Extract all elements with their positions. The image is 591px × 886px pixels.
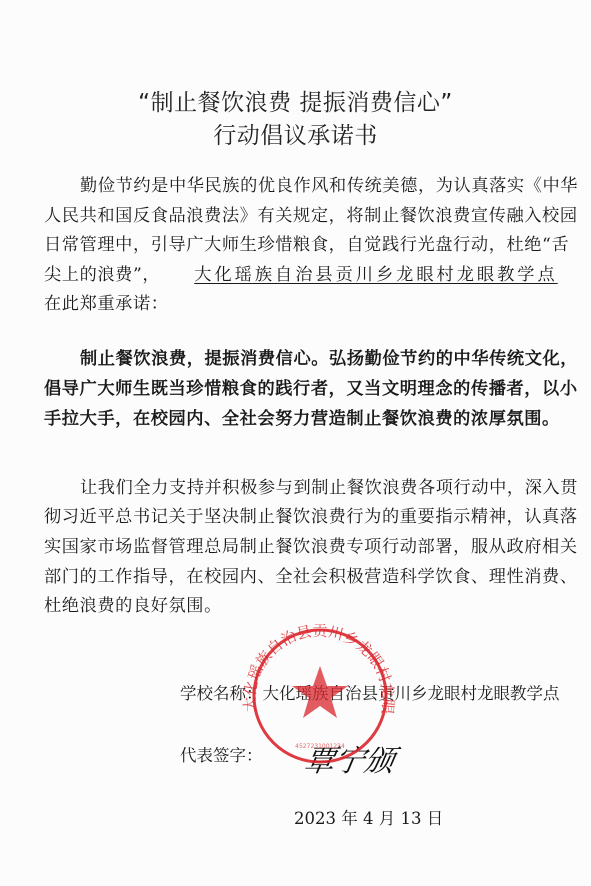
svg-text:4527231001234: 4527231001234 [295, 743, 345, 750]
document-title-line2: 行动倡议承诺书 [0, 117, 591, 150]
date: 2023 年 4 月 13 日 [294, 805, 443, 829]
paragraph1-line: 人民共和国反食品浪费法》有关规定，将制止餐饮浪费宣传融入校园 [44, 206, 550, 226]
paragraph1-line: 勤俭节约是中华民族的优良作风和传统美德，为认真落实《中华 [44, 176, 550, 196]
paragraph3-line: 实国家市场监督管理总局制止餐饮浪费专项行动部署，服从政府相关 [44, 537, 550, 557]
paragraph1-line: 日常管理中，引导广大师生珍惜粮食，自觉践行光盘行动，杜绝“舌 [44, 235, 550, 255]
paragraph3-line: 杜绝浪费的良好氛围。 [44, 596, 550, 616]
school-name-underlined: 大化瑶族自治县贡川乡龙眼村龙眼教学点 [194, 265, 557, 285]
paragraph3-line: 彻习近平总书记关于坚决制止餐饮浪费行为的重要指示精神，认真落 [44, 507, 550, 527]
paragraph2-line: 倡导广大师生既当珍惜粮食的践行者，又当文明理念的传播者，以小 [44, 379, 550, 399]
paragraph1-line-text: 尖上的浪费”， [44, 265, 160, 285]
document-page: “制止餐饮浪费 提振消费信心” 行动倡议承诺书 勤俭节约是中华民族的优良作风和传… [0, 0, 591, 886]
official-seal-icon: 大化瑶族自治县贡川乡龙眼村龙眼教学点 4527231001234 [231, 624, 409, 766]
paragraph1-line: 尖上的浪费”， 大化瑶族自治县贡川乡龙眼村龙眼教学点 [44, 265, 550, 285]
paragraph1-line: 在此郑重承诺： [44, 294, 550, 314]
paragraph2-line: 手拉大手，在校园内、全社会努力营造制止餐饮浪费的浓厚氛围。 [44, 409, 550, 429]
paragraph3-line: 部门的工作指导，在校园内、全社会积极营造科学饮食、理性消费、 [44, 567, 550, 587]
paragraph2-line: 制止餐饮浪费，提振消费信心。弘扬勤俭节约的中华传统文化， [44, 349, 550, 369]
document-title-line1: “制止餐饮浪费 提振消费信心” [0, 84, 591, 117]
paragraph3-line: 让我们全力支持并积极参与到制止餐饮浪费各项行动中，深入贯 [44, 478, 550, 498]
